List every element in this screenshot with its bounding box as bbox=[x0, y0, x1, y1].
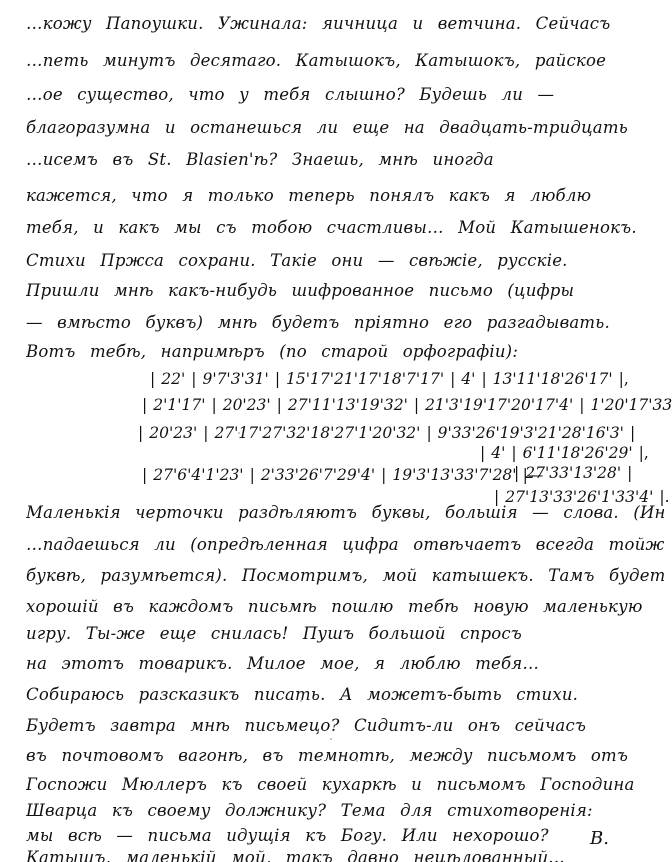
cipher-row: |4'|6'11'18'26'29'|, bbox=[478, 444, 651, 462]
cipher-word: 19'3'13'33'7'28' bbox=[388, 466, 520, 484]
cipher-word: 27'6'4'1'23' bbox=[149, 466, 247, 484]
cipher-row: |2'1'17'|20'23'|27'11'13'19'32'|21'3'19'… bbox=[140, 396, 672, 414]
word-divider: | bbox=[140, 396, 149, 414]
letter-line: хорошiй въ каждомъ письмѣ пошлю тебѣ нов… bbox=[26, 597, 664, 616]
cipher-word: 6'11'18'26'29' bbox=[519, 444, 637, 462]
cipher-word: 22' bbox=[157, 370, 189, 388]
word-divider: | bbox=[448, 370, 457, 388]
letter-line: игру. Ты-же еще снилась! Пушъ большой сп… bbox=[26, 624, 664, 643]
letter-line: …кожу Папоушки. Ужинала: яичница и ветчи… bbox=[26, 14, 664, 33]
letter-line: Будетъ завтра мнѣ письмецо? Сидитъ-ли он… bbox=[26, 716, 664, 735]
word-divider: | bbox=[148, 370, 157, 388]
cipher-word: 21'3'19'17'20'17'4' bbox=[421, 396, 577, 414]
word-divider: | bbox=[248, 466, 257, 484]
word-divider: | bbox=[275, 396, 284, 414]
letter-line: Маленькiя черточки раздѣляютъ буквы, бол… bbox=[26, 503, 664, 522]
scan-speck bbox=[262, 436, 264, 438]
word-divider: | bbox=[136, 424, 145, 442]
cipher-word: 27'17'27'32'18'27'1'20'32' bbox=[210, 424, 424, 442]
word-divider: | bbox=[140, 466, 149, 484]
letter-page: …кожу Папоушки. Ужинала: яичница и ветчи… bbox=[0, 0, 672, 862]
word-divider: | bbox=[412, 396, 421, 414]
word-divider: | bbox=[201, 424, 210, 442]
word-divider: | bbox=[479, 370, 488, 388]
word-divider: | bbox=[189, 370, 198, 388]
word-divider: | bbox=[625, 464, 634, 482]
cipher-word: 4' bbox=[487, 444, 509, 462]
cipher-row: |20'23'|27'17'27'32'18'27'1'20'32'|9'33'… bbox=[136, 424, 637, 442]
letter-line: въ почтовомъ вагонѣ, въ темнотѣ, между п… bbox=[26, 746, 664, 765]
cipher-word: 9'7'3'31' bbox=[198, 370, 272, 388]
cipher-word: 27'11'13'19'32' bbox=[284, 396, 412, 414]
letter-line: на этотъ товарикъ. Милое мое, я люблю те… bbox=[26, 654, 664, 673]
letter-line: Собираюсь разсказикъ писать. А можетъ-бы… bbox=[26, 685, 664, 704]
word-divider: | bbox=[512, 464, 521, 482]
cipher-word: 2'1'17' bbox=[149, 396, 209, 414]
cipher-word: 20'23' bbox=[145, 424, 201, 442]
letter-line: …падаешься ли (опредѣленная цифра отвѣча… bbox=[26, 535, 664, 554]
letter-line: буквѣ, разумѣется). Посмотримъ, мой каты… bbox=[26, 566, 664, 585]
cipher-row: |27'33'13'28'| bbox=[512, 464, 634, 482]
letter-line: Вотъ тебѣ, напримѣръ (по старой орфограф… bbox=[26, 342, 664, 361]
letter-line: Пришли мнѣ какъ-нибудь шифрованное письм… bbox=[26, 281, 664, 300]
word-divider: | bbox=[273, 370, 282, 388]
letter-line: …ое существо, что у тебя слышно? Будешь … bbox=[26, 85, 664, 104]
cipher-word: 20'23' bbox=[219, 396, 275, 414]
word-divider: | bbox=[509, 444, 518, 462]
word-divider: | bbox=[379, 466, 388, 484]
cipher-word: 27'33'13'28' bbox=[521, 464, 625, 482]
letter-line: …исемъ въ St. Blasien'ѣ? Знаешь, мнѣ ино… bbox=[26, 150, 664, 169]
cipher-word: 2'33'26'7'29'4' bbox=[257, 466, 379, 484]
letter-line: мы всѣ — письма идущiя къ Богу. Или нехо… bbox=[26, 826, 664, 845]
cipher-word: 15'17'21'17'18'7'17' bbox=[282, 370, 448, 388]
scan-speck bbox=[300, 700, 302, 702]
word-divider: | bbox=[577, 396, 586, 414]
scan-speck bbox=[330, 738, 332, 740]
letter-line: кажется, что я только теперь понялъ какъ… bbox=[26, 186, 664, 205]
cipher-word: 1'20'17'33'4' bbox=[586, 396, 672, 414]
letter-line: тебя, и какъ мы съ тобою счастливы… Мой … bbox=[26, 218, 664, 237]
word-divider: | bbox=[424, 424, 433, 442]
letter-line: Катышъ, маленькiй мой, такъ давно нецѣло… bbox=[26, 848, 572, 862]
word-divider: | bbox=[628, 424, 637, 442]
cipher-row: |22'|9'7'3'31'|15'17'21'17'18'7'17'|4'|1… bbox=[148, 370, 631, 388]
scan-speck bbox=[238, 432, 240, 434]
scan-speck bbox=[356, 760, 358, 762]
signature: В. bbox=[590, 828, 609, 849]
word-divider: | bbox=[209, 396, 218, 414]
cipher-word: 9'33'26'19'3'21'28'16'3' bbox=[434, 424, 628, 442]
cipher-word: 4' bbox=[457, 370, 479, 388]
letter-line: Стихи Пржса сохрани. Такiе они — свѣжiе,… bbox=[26, 251, 664, 270]
letter-line: — вмѣсто буквъ) мнѣ будетъ прiятно его р… bbox=[26, 313, 664, 332]
letter-line: Шварца къ своему должнику? Тема для стих… bbox=[26, 801, 664, 820]
word-divider: |, bbox=[637, 444, 651, 462]
word-divider: |, bbox=[617, 370, 631, 388]
letter-line: Госпожи Мюллеръ къ своей кухаркѣ и письм… bbox=[26, 775, 664, 794]
cipher-word: 13'11'18'26'17' bbox=[489, 370, 617, 388]
letter-line: …петь минутъ десятаго. Катышокъ, Катышок… bbox=[26, 51, 664, 70]
cipher-row: |27'6'4'1'23'|2'33'26'7'29'4'|19'3'13'33… bbox=[140, 466, 545, 484]
letter-line: благоразумна и останешься ли еще на двад… bbox=[26, 118, 664, 137]
word-divider: | bbox=[478, 444, 487, 462]
